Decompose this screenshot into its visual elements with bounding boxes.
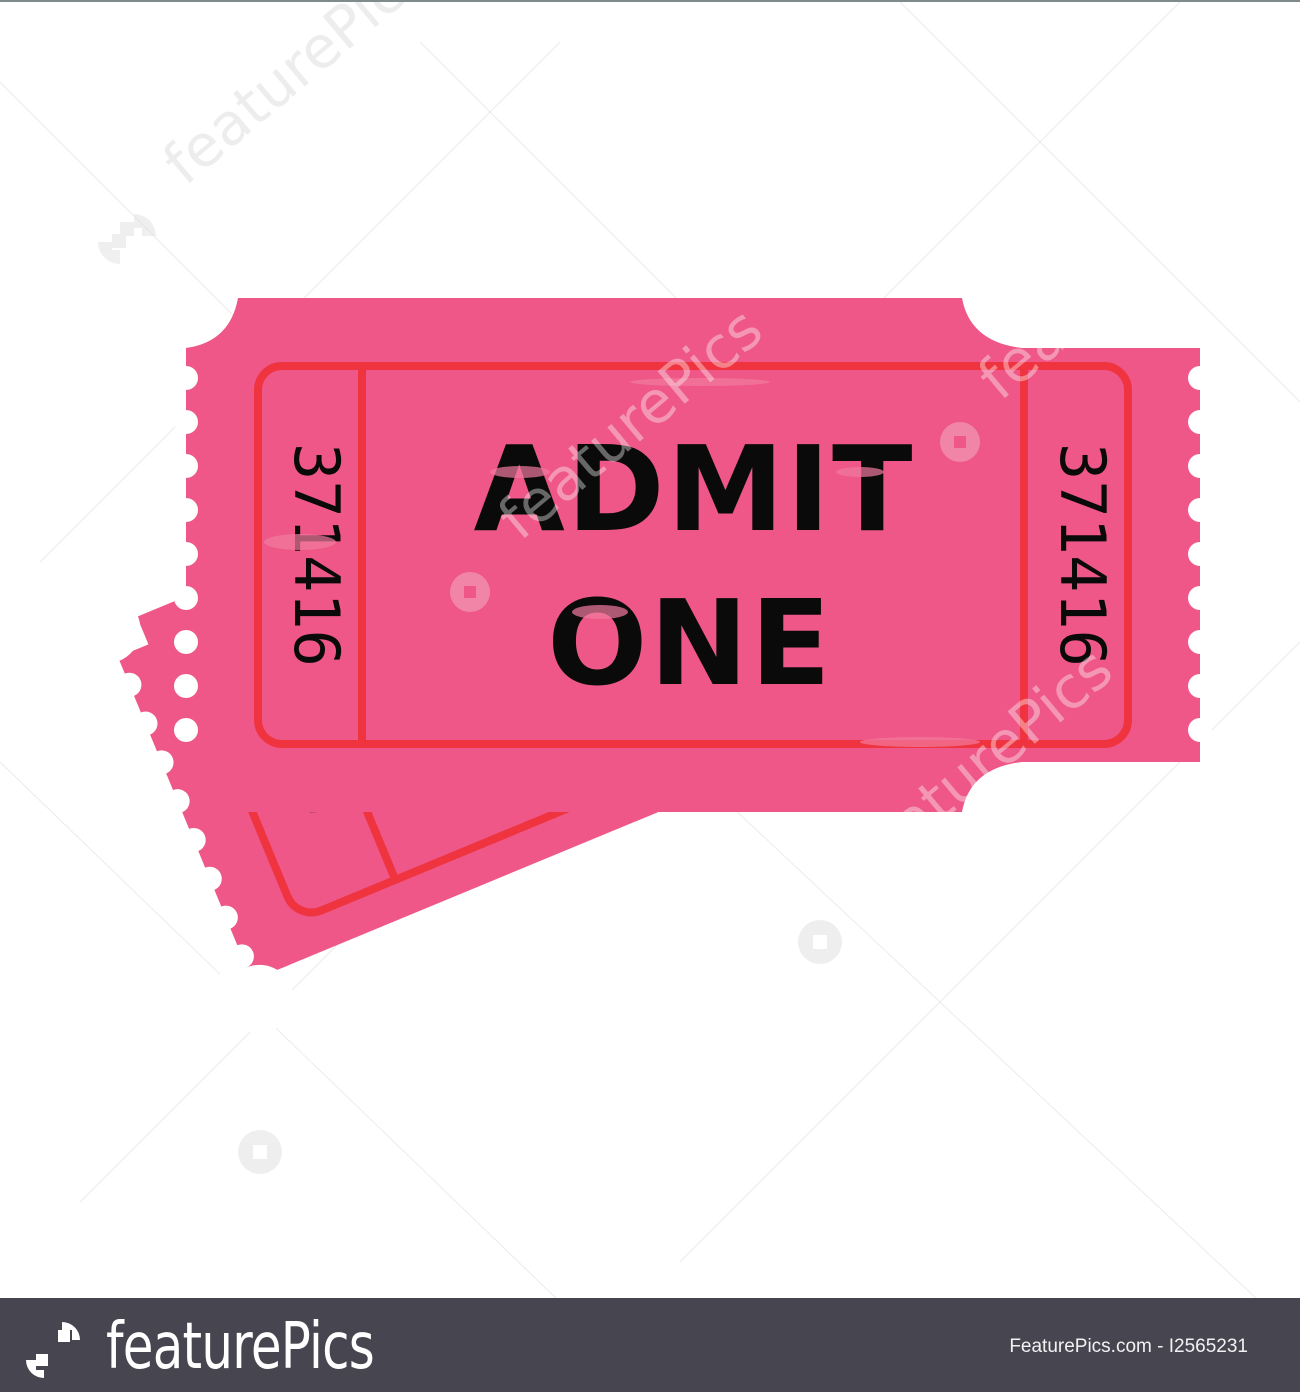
watermark-logo-icon (450, 572, 490, 612)
watermark-logo-icon (798, 920, 842, 964)
right-perforations (1188, 366, 1212, 742)
featurepics-logo-icon (24, 1320, 84, 1380)
footer-bar: featurePics FeaturePics.com - I2565231 (0, 1298, 1300, 1392)
image-canvas: 1417 O 371416 (0, 0, 1300, 1298)
tickets-illustration: 1417 O 371416 (0, 2, 1300, 1298)
watermark-logo-icon (238, 1130, 282, 1174)
watermark-logo-icon (940, 422, 980, 462)
one-text: ONE (547, 574, 833, 712)
serial-right: 371416 (1046, 443, 1119, 667)
footer-credit: FeaturePics.com - I2565231 (1009, 1336, 1248, 1358)
footer-brand: featurePics (106, 1302, 374, 1392)
serial-left: 371416 (280, 443, 353, 667)
left-perforations (174, 366, 198, 742)
svg-text:featurePics: featurePics (150, 2, 440, 198)
watermark-logo-icon (98, 214, 156, 264)
